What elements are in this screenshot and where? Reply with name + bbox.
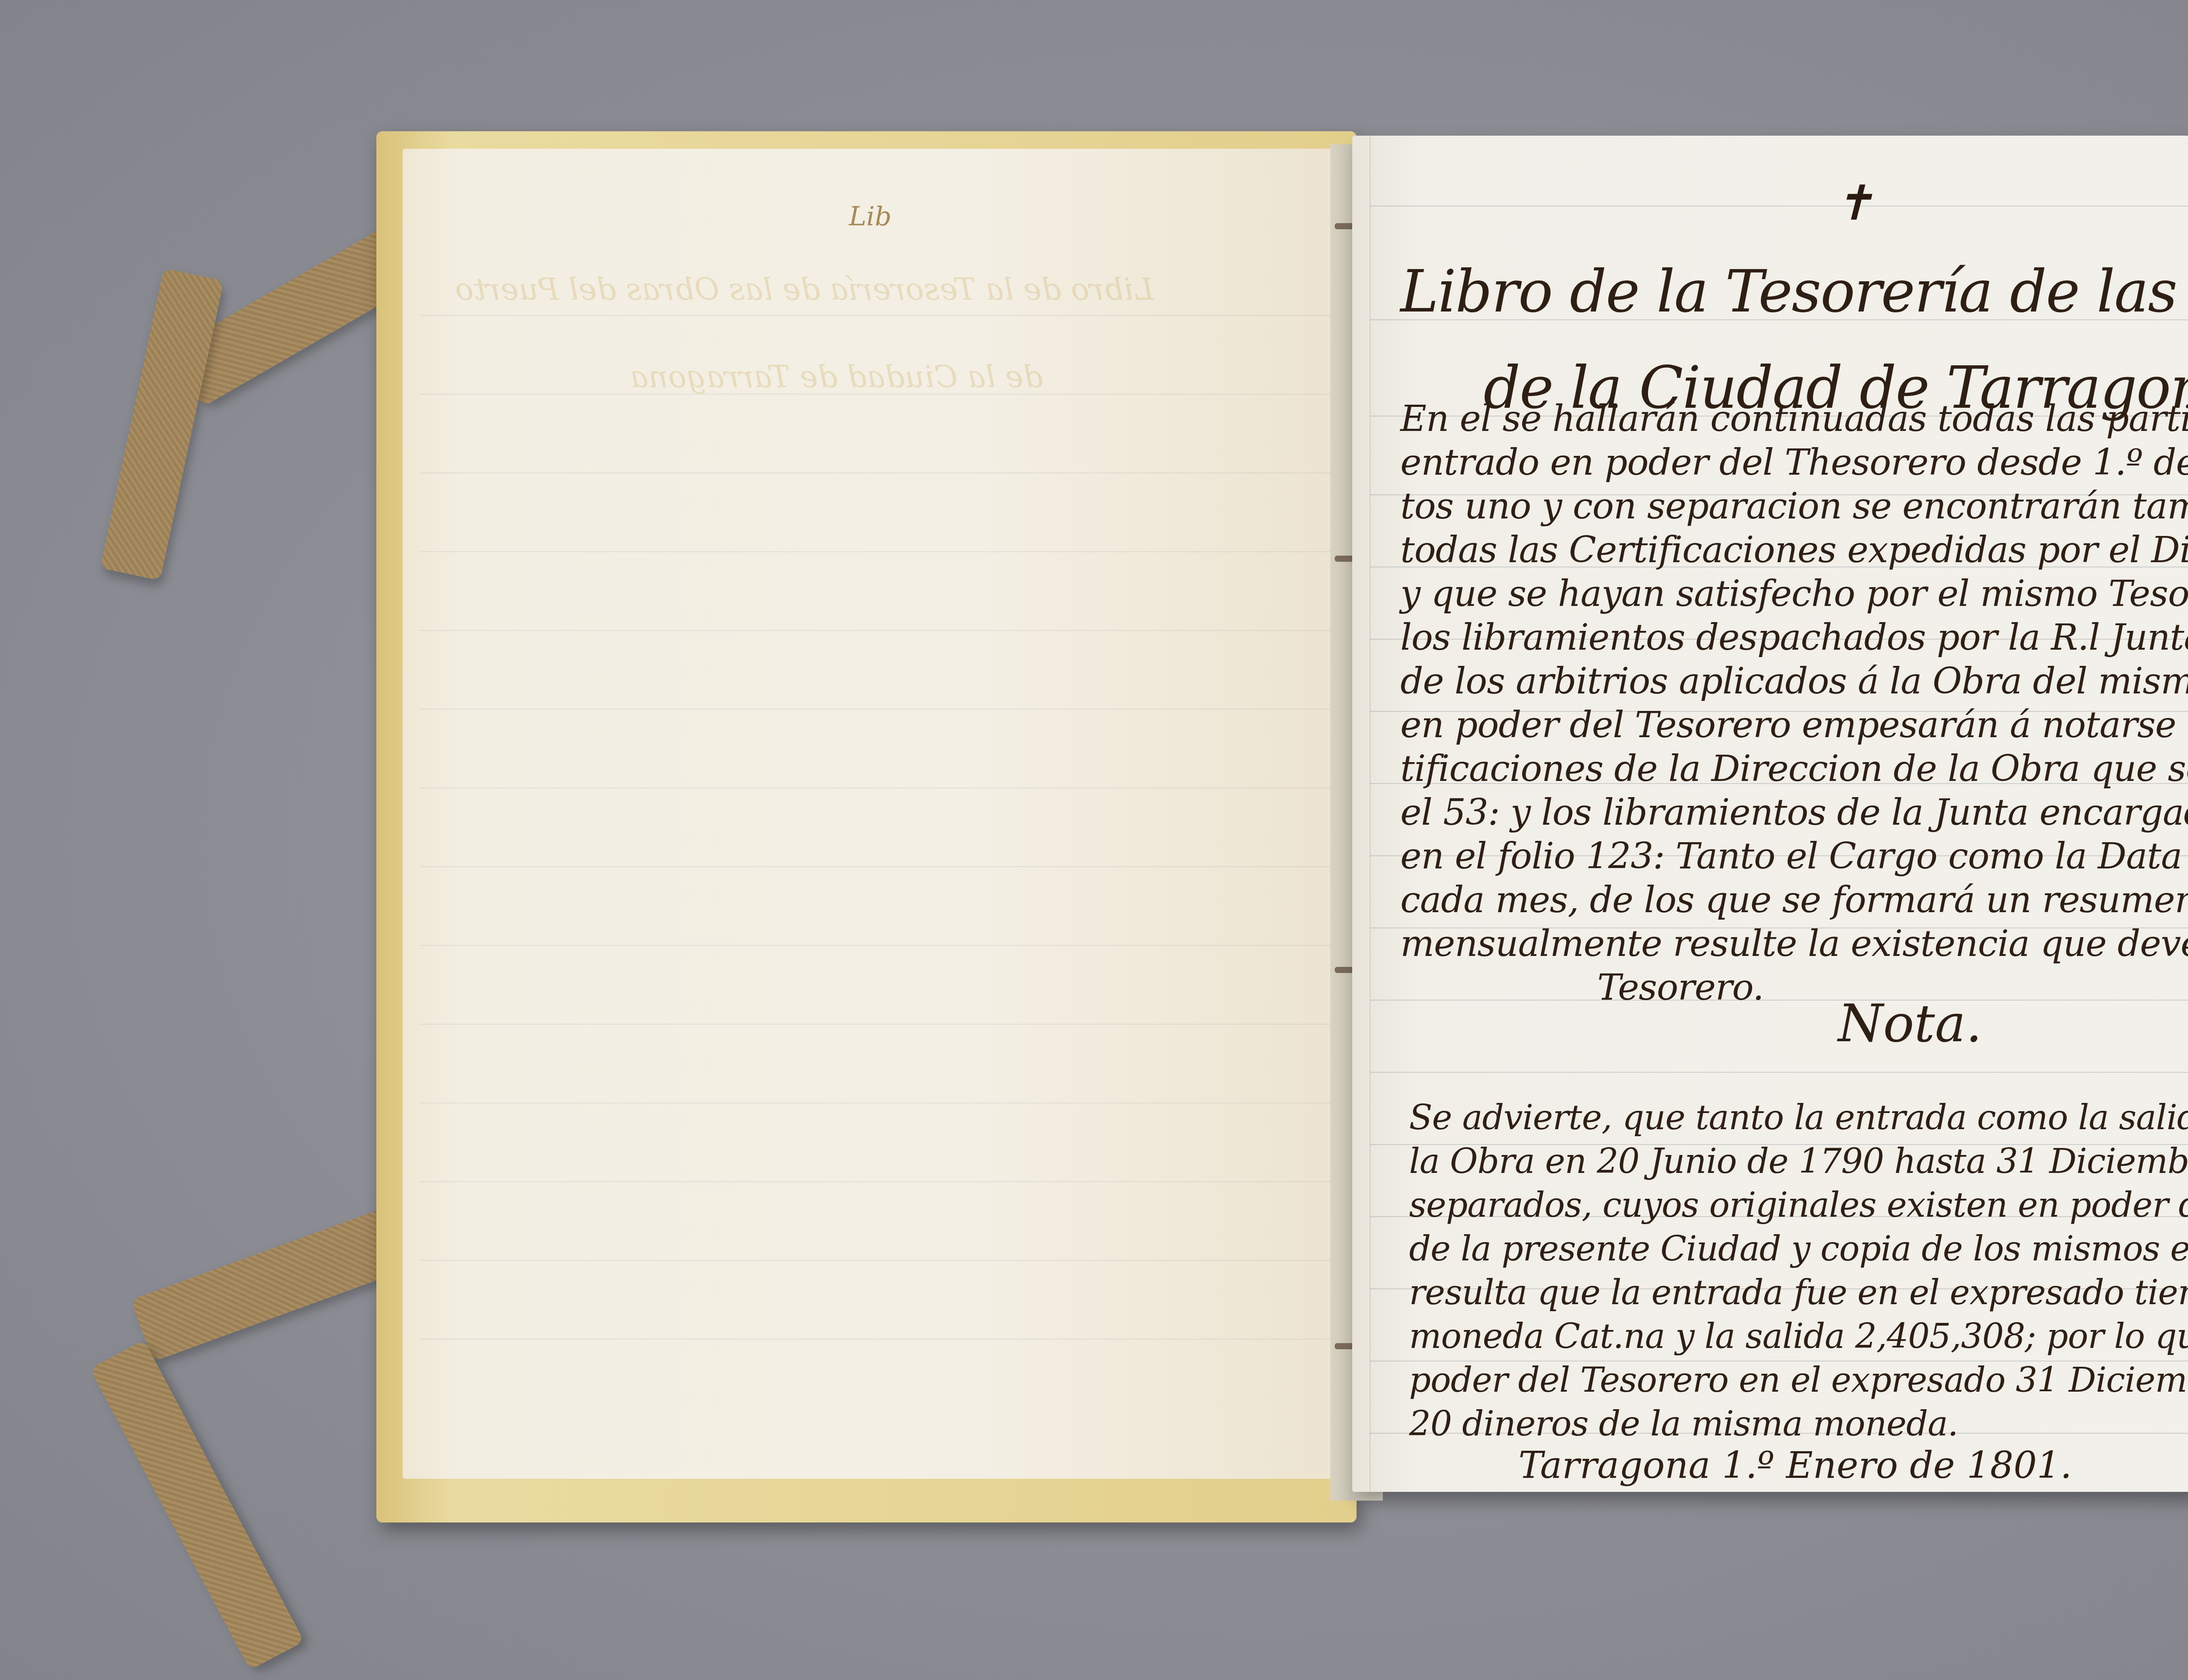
ruled-line (420, 1102, 1330, 1103)
ruled-line (420, 1260, 1330, 1261)
nota-line: 20 dineros de la misma moneda. (1409, 1404, 1958, 1444)
cross-mark: ✝ (1834, 175, 1874, 231)
ruled-line (420, 709, 1330, 710)
ruled-line (420, 630, 1330, 631)
body-line: el 53: y los libramientos de la Junta en… (1400, 792, 2188, 833)
body-line: todas las Certificaciones expedidas por … (1400, 529, 2188, 571)
title-line-1: Libro de la Tesorería de las Obras del P… (1400, 258, 2188, 325)
left-page: Lib Libro de la Tesorería de las Obras d… (403, 149, 1348, 1479)
ruled-line (420, 472, 1330, 473)
ink-offset-mark: Lib (849, 201, 891, 232)
body-line: En el se hallarán continuadas todas las … (1400, 398, 2188, 440)
body-line: Tesorero. (1597, 967, 1764, 1008)
body-line: cada mes, de los que se formará un resum… (1400, 879, 2188, 921)
nota-line: la Obra en 20 Junio de 1790 hasta 31 Dic… (1409, 1142, 2188, 1181)
body-line: los libramientos despachados por la R.l … (1400, 617, 2188, 658)
nota-line: moneda Cat.na y la salida 2,405,308; por… (1409, 1317, 2188, 1356)
ruled-line (420, 945, 1330, 946)
body-line: en poder del Tesorero empesarán á notars… (1400, 704, 2188, 746)
ruled-line (420, 1181, 1330, 1182)
nota-heading: Nota. (1838, 993, 1982, 1053)
ruled-line (420, 1024, 1330, 1025)
nota-line: Se advierte, que tanto la entrada como l… (1409, 1098, 2188, 1137)
body-line: en el folio 123: Tanto el Cargo como la … (1400, 836, 2188, 877)
ruled-line (1370, 1000, 2188, 1001)
body-line: entrado en poder del Thesorero desde 1.º… (1400, 442, 2188, 483)
ruled-line (1370, 206, 2188, 206)
body-line: de los arbitrios aplicados á la Obra del… (1400, 661, 2188, 702)
body-line: mensualmente resulte la existencia que d… (1400, 923, 2188, 965)
body-line: tos uno y con separacion se encontrarán … (1400, 486, 2188, 527)
ruled-line (420, 551, 1330, 552)
ruled-line (420, 315, 1330, 316)
ruled-line (420, 1339, 1330, 1340)
nota-line: resulta que la entrada fue en el expresa… (1409, 1273, 2188, 1312)
ruled-line (420, 866, 1330, 867)
bleed-through-title-2: de la Ciudad de Tarragona (630, 359, 1043, 395)
right-page: 2 ✝ Libro de la Tesorería de las Obras d… (1352, 136, 2188, 1492)
body-line: y que se hayan satisfecho por el mismo T… (1400, 573, 2188, 615)
ruled-line (1370, 1072, 2188, 1073)
body-line: tificaciones de la Direccion de la Obra … (1400, 748, 2188, 790)
nota-line: separados, cuyos originales existen en p… (1409, 1186, 2188, 1225)
nota-line: poder del Tesorero en el expresado 31 Di… (1409, 1361, 2188, 1400)
open-ledger-book: Lib Libro de la Tesorería de las Obras d… (376, 131, 2188, 1522)
ruled-line (420, 787, 1330, 788)
date-signoff: Tarragona 1.º Enero de 1801. (1518, 1444, 2072, 1487)
nota-line: de la presente Ciudad y copia de los mis… (1409, 1229, 2188, 1269)
bleed-through-title-1: Libro de la Tesorería de las Obras del P… (455, 271, 1154, 307)
